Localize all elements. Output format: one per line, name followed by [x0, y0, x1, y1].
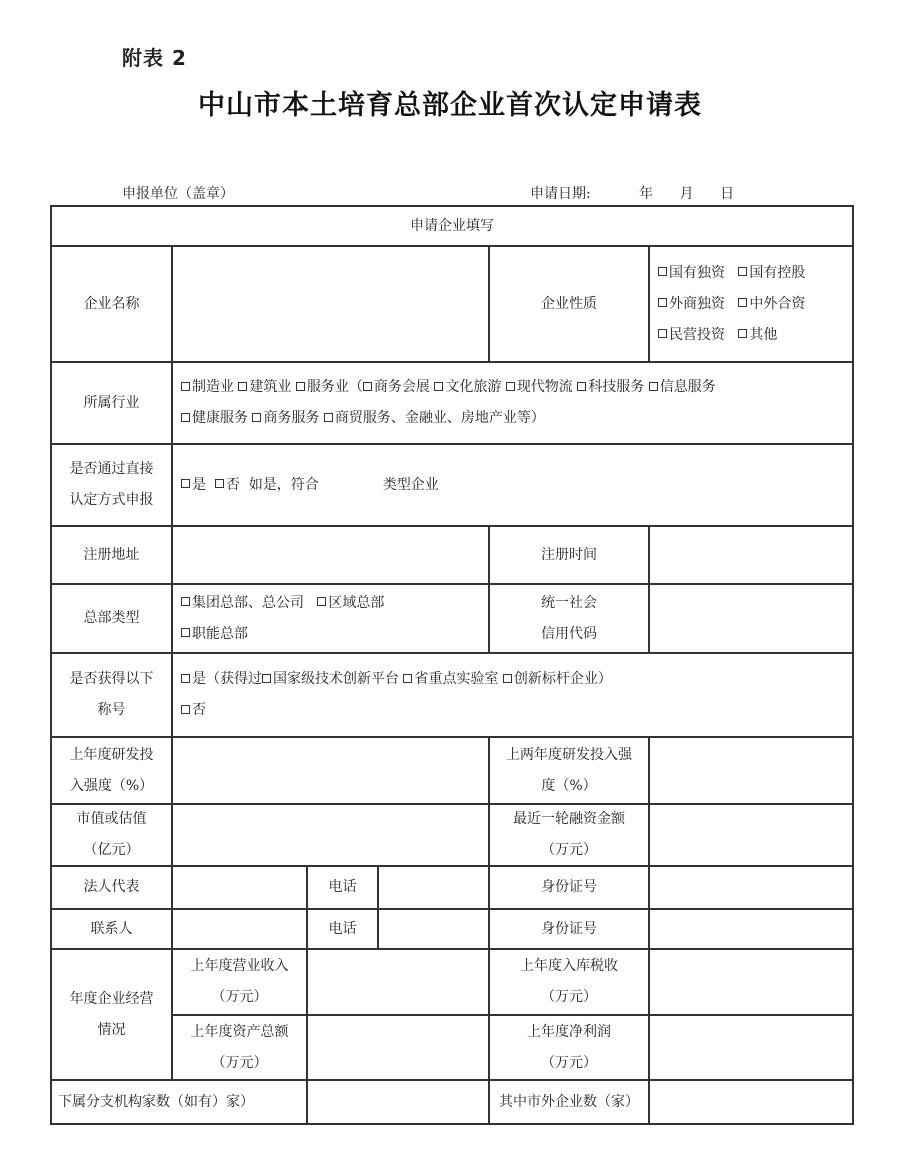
reg-address-label: 注册地址	[52, 527, 171, 583]
company-name-field[interactable]	[173, 247, 488, 361]
rd-last-year-label: 上年度研发投 入强度（%）	[52, 738, 171, 803]
reg-time-label: 注册时间	[490, 527, 648, 583]
form-title: 中山市本土培育总部企业首次认定申请表	[0, 83, 900, 122]
company-nature-label: 企业性质	[490, 247, 648, 361]
contact-field[interactable]	[173, 910, 306, 948]
legal-rep-phone-field[interactable]	[379, 867, 488, 908]
checkbox-icon[interactable]	[238, 382, 247, 391]
hq-type-options: 集团总部、总公司 区域总部 职能总部	[173, 585, 488, 652]
month-label: 月	[680, 183, 694, 203]
tax-field[interactable]	[650, 950, 852, 1014]
checkbox-icon[interactable]	[738, 329, 747, 338]
divider	[51, 1123, 854, 1125]
nature-option-other[interactable]: 其他	[738, 327, 777, 343]
hq-option-regional[interactable]: 区域总部	[317, 595, 384, 611]
nature-option-private[interactable]: 民营投资	[658, 327, 725, 343]
nature-option-state-owned[interactable]: 国有独资	[658, 265, 725, 281]
checkbox-icon[interactable]	[658, 298, 667, 307]
checkbox-icon[interactable]	[577, 382, 586, 391]
branches-label: 下属分支机构家数（如有）家）	[52, 1081, 306, 1123]
rd-last-year-field[interactable]	[173, 738, 488, 803]
checkbox-icon[interactable]	[658, 329, 667, 338]
financing-label: 最近一轮融资金额 （万元）	[490, 805, 648, 865]
titles-option-innovation-benchmark[interactable]: 创新标杆企业）	[503, 671, 612, 687]
direct-recognition-label: 是否通过直接 认定方式申报	[52, 445, 171, 525]
direct-text-a: 如是，符合	[249, 470, 319, 501]
legal-rep-label: 法人代表	[52, 867, 171, 908]
market-value-label: 市值或估值 （亿元）	[52, 805, 171, 865]
checkbox-icon[interactable]	[503, 674, 512, 683]
checkbox-icon[interactable]	[215, 479, 224, 488]
checkbox-icon[interactable]	[181, 479, 190, 488]
direct-recognition-options: 是 否 如是，符合 类型企业	[173, 445, 852, 525]
industry-option-logistics[interactable]: 现代物流	[506, 379, 573, 395]
direct-no-option[interactable]: 否	[215, 470, 240, 501]
company-nature-options: 国有独资 国有控股 外商独资 中外合资 民营投资 其他	[650, 247, 852, 361]
credit-code-label: 统一社会 信用代码	[490, 585, 648, 652]
section-title: 申请企业填写	[52, 207, 852, 245]
industry-option-info-services[interactable]: 信息服务	[649, 379, 716, 395]
industry-label: 所属行业	[52, 363, 171, 443]
titles-option-provincial-lab[interactable]: 省重点实验室	[403, 671, 498, 687]
checkbox-icon[interactable]	[181, 674, 190, 683]
checkbox-icon[interactable]	[181, 597, 190, 606]
titles-options: 是（获得过国家级技术创新平台 省重点实验室 创新标杆企业） 否	[173, 654, 852, 736]
industry-option-business-services[interactable]: 商务服务	[252, 410, 319, 426]
checkbox-icon[interactable]	[317, 597, 326, 606]
industry-option-services[interactable]: 服务业（	[296, 379, 363, 395]
legal-rep-id-label: 身份证号	[490, 867, 648, 908]
outside-companies-field[interactable]	[650, 1081, 852, 1123]
legal-rep-field[interactable]	[173, 867, 306, 908]
financing-field[interactable]	[650, 805, 852, 865]
rd-two-years-label: 上两年度研发投入强 度（%）	[490, 738, 648, 803]
contact-phone-label: 电话	[308, 910, 377, 948]
checkbox-icon[interactable]	[506, 382, 515, 391]
nature-option-joint-venture[interactable]: 中外合资	[738, 296, 805, 312]
tax-label: 上年度入库税收 （万元）	[490, 950, 648, 1014]
industry-option-manufacturing[interactable]: 制造业	[181, 379, 234, 395]
checkbox-icon[interactable]	[738, 267, 747, 276]
checkbox-icon[interactable]	[252, 413, 261, 422]
rd-two-years-field[interactable]	[650, 738, 852, 803]
apply-date: 申请日期: 年 月 日	[530, 183, 756, 203]
titles-no-option[interactable]: 否	[181, 702, 206, 718]
titles-label: 是否获得以下 称号	[52, 654, 171, 736]
nature-option-state-controlled[interactable]: 国有控股	[738, 265, 805, 281]
direct-text-b: 类型企业	[383, 470, 439, 501]
checkbox-icon[interactable]	[324, 413, 333, 422]
checkbox-icon[interactable]	[181, 413, 190, 422]
year-label: 年	[639, 183, 653, 203]
industry-option-trade-finance-realestate[interactable]: 商贸服务、金融业、房地产业等）	[324, 410, 545, 426]
annual-operation-label: 年度企业经营 情况	[52, 950, 171, 1079]
company-name-label: 企业名称	[52, 247, 171, 361]
contact-id-field[interactable]	[650, 910, 852, 948]
checkbox-icon[interactable]	[403, 674, 412, 683]
contact-label: 联系人	[52, 910, 171, 948]
market-value-field[interactable]	[173, 805, 488, 865]
checkbox-icon[interactable]	[738, 298, 747, 307]
checkbox-icon[interactable]	[363, 382, 372, 391]
revenue-label: 上年度营业收入 （万元）	[173, 950, 306, 1014]
titles-option-national-platform[interactable]: 国家级技术创新平台	[262, 671, 399, 687]
industry-option-health[interactable]: 健康服务	[181, 410, 248, 426]
legal-rep-id-field[interactable]	[650, 867, 852, 908]
hq-option-functional[interactable]: 职能总部	[181, 626, 248, 642]
divider	[852, 205, 854, 1125]
checkbox-icon[interactable]	[434, 382, 443, 391]
industry-option-construction[interactable]: 建筑业	[238, 379, 291, 395]
industry-options: 制造业 建筑业 服务业（商务会展 文化旅游 现代物流 科技服务 信息服务 健康服…	[173, 363, 852, 443]
assets-field[interactable]	[308, 1016, 488, 1079]
checkbox-icon[interactable]	[181, 628, 190, 637]
checkbox-icon[interactable]	[181, 382, 190, 391]
checkbox-icon[interactable]	[262, 674, 271, 683]
profit-field[interactable]	[650, 1016, 852, 1079]
direct-yes-option[interactable]: 是	[181, 470, 206, 501]
hq-type-label: 总部类型	[52, 585, 171, 652]
apply-date-label: 申请日期:	[530, 186, 591, 202]
hq-option-group[interactable]: 集团总部、总公司	[181, 595, 304, 611]
contact-id-label: 身份证号	[490, 910, 648, 948]
titles-yes-option[interactable]: 是（获得过	[181, 671, 262, 687]
industry-option-culture-tourism[interactable]: 文化旅游	[434, 379, 501, 395]
assets-label: 上年度资产总额 （万元）	[173, 1016, 306, 1079]
day-label: 日	[720, 183, 734, 203]
outside-companies-label: 其中市外企业数（家）	[490, 1081, 648, 1123]
profit-label: 上年度净利润 （万元）	[490, 1016, 648, 1079]
contact-phone-field[interactable]	[379, 910, 488, 948]
credit-code-field[interactable]	[650, 585, 852, 652]
checkbox-icon[interactable]	[649, 382, 658, 391]
checkbox-icon[interactable]	[296, 382, 305, 391]
branches-field[interactable]	[308, 1081, 488, 1123]
revenue-field[interactable]	[308, 950, 488, 1014]
applicant-unit-label: 申报单位（盖章）	[122, 183, 234, 203]
nature-option-foreign-owned[interactable]: 外商独资	[658, 296, 725, 312]
reg-time-field[interactable]	[650, 527, 852, 583]
checkbox-icon[interactable]	[181, 705, 190, 714]
industry-option-tech-services[interactable]: 科技服务	[577, 379, 644, 395]
annex-label: 附表 2	[122, 42, 187, 71]
industry-option-exhibition[interactable]: 商务会展	[363, 379, 430, 395]
checkbox-icon[interactable]	[658, 267, 667, 276]
legal-rep-phone-label: 电话	[308, 867, 377, 908]
reg-address-field[interactable]	[173, 527, 488, 583]
